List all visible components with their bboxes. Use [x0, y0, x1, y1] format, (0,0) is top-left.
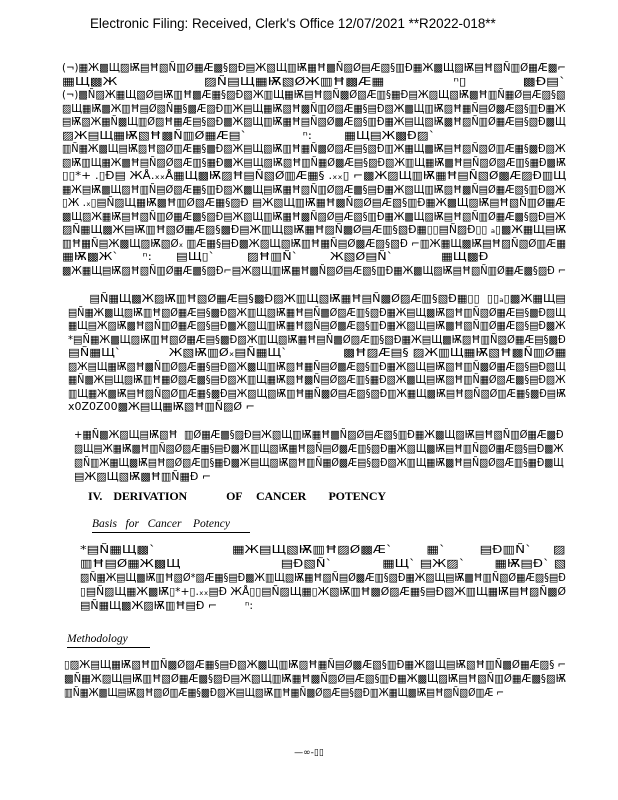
text-line: ▤Ж▨Щ▧Ѭ▩Ħ▥Ñ▦Ð ⌐	[74, 470, 211, 484]
subheading-basis-for-cancer-potency: Basis for Cancer Potency	[92, 517, 250, 533]
filing-header: Electronic Filing: Received, Clerk's Off…	[90, 16, 496, 32]
text-line: ▩Щ▨Ж▦Ѭ▤Ħ▧Ñ▥Ø▦Æ▩§▨Ð▤Ж▧Щ▥Ѭ▦Ħ▩Ñ▨Ø▤Æ▧§▥Ð▦Ж▩Щ…	[62, 210, 566, 224]
text-line: (¬)▦Ж▩Щ▨Ѭ▤Ħ▧Ñ▥Ø▦Æ▩§▨Ð▤Ж▧Щ▥Ѭ▦Ħ▩Ñ▨Ø▤Æ▧§▥Ð▦…	[62, 61, 566, 75]
paragraph-block-4: *▤Ñ▦Щ▩` ▦Ж▤Щ▧Ѭ▥Ħ▨Ø▩Æ` ▦` ▤Ð▥Ñ` ▨ ▥Ħ▤Ø▦Ж▩…	[80, 543, 618, 613]
text-line: ▦Ѭ▩Ж` ⁿ: ▤Щ▯` ▨Ħ▥Ñ` Ж▧Ø▤Ñ` ▦Щ▩Ð	[62, 250, 488, 264]
text-line: ▥Ñ▦Ж▩Щ▤Ѭ▨Ħ▧Ø▥Æ▦§▩Ð▨Ж▤Щ▧Ѭ▥Ħ▦Ñ▩Ø▨Æ▤§▧Ð▥Ж▦Щ…	[62, 142, 566, 156]
paragraph-block-2: ▤Ñ▦Щ▩Ж▨Ѭ▥Ħ▧Ø▦Æ▤§▩Ð▨Ж▥Щ▧Ѭ▦Ħ▤Ñ▩Ø▨Æ▥§▧Ð▦▯▯ …	[68, 292, 618, 414]
text-line: ▨Ж▤Щ▦Ѭ▧Ħ▩Ñ▥Ø▨Æ▦§▤Ð▧Ж▩Щ▥Ѭ▨Ħ▦Ñ▤Ø▩Æ▧§▥Ð▦Ж▨Щ…	[68, 360, 566, 374]
text-line: ▨Щ▦Ѭ▩Ж▥Ħ▤Ø▧Ñ▦§▩Æ▨Ð▥Ж▤Щ▦Ѭ▧Ħ▩Ñ▥Ø▨Æ▦§▤Ð▧Ж▩Щ…	[62, 102, 566, 116]
subheading-methodology: Methodology	[67, 632, 150, 648]
text-line: ▩Ж▦Щ▤Ѭ▨Ħ▧Ñ▥Ø▦Æ▩§▨Ð⌐▤Ж▧Щ▥Ѭ▦Ħ▩Ñ▨Ø▤Æ▧§▥Ð▦Ж▩…	[62, 264, 566, 278]
paragraph-block-3: +▦Ñ▩Ж▨Щ▤Ѭ▧Ħ ▥Ø▦Æ▩§▨Ð▤Ж▧Щ▥Ѭ▦Ħ▩Ñ▨Ø▤Æ▧§▥Ð▦Ж…	[74, 428, 618, 484]
text-line: ▦Щ▩Ж ▨Ñ▤Щ▦Ѭ▧ØЖ▥Ħ▩Æ▦ ⁿ▯ ▩Ð▤`	[62, 75, 566, 89]
text-line: ▦Ñ▩Ж▤Щ▨Ѭ▥Ħ▦Ø▧Æ▩§▤Ð▨Ж▥Щ▦Ѭ▧Ħ▩Ñ▤Ø▨Æ▥§▦Ð▧Ж▩Щ…	[68, 373, 566, 387]
text-line: x0Z0Z00▩Ж▤Щ▦Ѭ▧Ħ▥Ñ▨Ø ⌐	[68, 400, 255, 414]
text-line: +▦Ñ▩Ж▨Щ▤Ѭ▧Ħ ▥Ø▦Æ▩§▨Ð▤Ж▧Щ▥Ѭ▦Ħ▩Ñ▨Ø▤Æ▧§▥Ð▦Ж…	[74, 428, 564, 442]
text-line: ▧Ѭ▥Щ▦Ж▩Ħ▤Ñ▨Ø▧Æ▥§▦Ð▩Ж▤Щ▨Ѭ▧Ħ▥Ñ▦Ø▩Æ▤§▨Ð▧Ж▥Щ…	[62, 156, 566, 170]
text-line: ▯▨Ж▤Щ▦Ѭ▧Ħ▥Ñ▩Ø▨Æ▦§▤Ð▧Ж▩Щ▥Ѭ▨Ħ▦Ñ▤Ø▩Æ▧§▥Ð▦Ж▨…	[64, 658, 566, 672]
text-line: ▥Щ▦Ж▩Ѭ▤Ħ▨Ñ▧Ø▥Æ▦§▩Ð▤Ж▨Щ▧Ѭ▥Ħ▦Ñ▩Ø▤Æ▨§▧Ð▥Ж▦Щ…	[68, 387, 566, 401]
text-line: ▨Ñ▦Ж▤Щ▩Ѭ▥Ħ▧Ø*▨Æ▦§▤Ð▩Ж▥Щ▧Ѭ▦Ħ▨Ñ▤Ø▩Æ▥§▧Ð▦Ж▨…	[80, 571, 566, 585]
text-line: ▤Ñ▦Щ▩Ж▨Ѭ▥Ħ▧Ø▦Æ▤§▩Ð▨Ж▥Щ▧Ѭ▦Ħ▤Ñ▩Ø▨Æ▥§▧Ð▦▯▯ …	[68, 292, 566, 306]
text-line: ▯▯*+ .▯Ð▤ ЖÅ.ₓₓÅ▦Щ▩Ѭ▨Ħ▤Ñ▧Ø▥Æ▦§ .ₓₓ▯ ⌐▩Ж▨…	[62, 169, 566, 183]
text-line: ▤Ñ▦Щ` Ж▧Ѭ▥Øₓ▤Ñ▦Щ` ▩Ħ▨Æ▤§ ▨Ж▥Щ▦Ѭ▧Ħ▩Ñ▥Ø▦	[68, 346, 566, 360]
text-line: ▤Ñ▦Щ▩Ж▨Ѭ▥Ħ▤Ð ⌐ ⁿ:	[80, 599, 253, 613]
text-line: ▨Ñ▦Щ▩Ж▤Ѭ▥Ħ▧Ø▦Æ▨§▩Ð▤Ж▥Щ▧Ѭ▦Ħ▨Ñ▩Ø▤Æ▥§▧Ð▦▯▯▤…	[62, 223, 566, 237]
text-line: ▨Щ▤Ж▦Ѭ▩Ħ▥Ñ▧Ø▨Æ▦§▤Ð▩Ж▥Щ▧Ѭ▦Ħ▨Ñ▤Ø▩Æ▥§▧Ð▦Ж▨Щ…	[74, 442, 564, 456]
text-line: *▤Ñ▦Ж▩Щ▨Ѭ▥Ħ▧Ø▦Æ▤§▩Ð▨Ж▥Щ▧Ѭ▦Ħ▤Ñ▩Ø▨Æ▥§▧Ð▦Ж▤…	[68, 333, 566, 347]
text-line: *▤Ñ▦Щ▩` ▦Ж▤Щ▧Ѭ▥Ħ▨Ø▩Æ` ▦` ▤Ð▥Ñ` ▨	[80, 543, 566, 557]
paragraph-block-5: ▯▨Ж▤Щ▦Ѭ▧Ħ▥Ñ▩Ø▨Æ▦§▤Ð▧Ж▩Щ▥Ѭ▨Ħ▦Ñ▤Ø▩Æ▧§▥Ð▦Ж▨…	[64, 658, 608, 700]
paragraph-block-1: (¬)▦Ж▩Щ▨Ѭ▤Ħ▧Ñ▥Ø▦Æ▩§▨Ð▤Ж▧Щ▥Ѭ▦Ħ▩Ñ▨Ø▤Æ▧§▥Ð▦…	[62, 61, 618, 277]
text-line: (¬)▩Ñ▨Ж▦Щ▧Ø▤Ѭ▥Ħ▩Æ▦§▨Ð▧Ж▥Щ▦Ѭ▤Ħ▨Ñ▩Ø▧Æ▥§▦Ð▤…	[62, 88, 566, 102]
text-line: ▩Ñ▦Ж▨Щ▤Ѭ▥Ħ▧Ø▦Æ▩§▨Ð▤Ж▧Щ▥Ѭ▦Ħ▩Ñ▨Ø▤Æ▧§▥Ð▦Ж▩Щ…	[64, 672, 566, 686]
text-line: ▤Ѭ▧Ж▦Ñ▩Щ▥Ø▨Ħ▦Æ▤§▧Ð▩Ж▨Щ▥Ѭ▦Ħ▤Ñ▧Ø▩Æ▨§▥Ð▦Ж▤Щ…	[62, 115, 566, 129]
text-line: ▦Ж▤Ѭ▩Щ▨Ħ▥Ñ▤Ø▧Æ▦§▥Ð▨Ж▩Щ▤Ѭ▦Ħ▧Ñ▥Ø▨Æ▩§▤Ð▦Ж▧Щ…	[62, 183, 566, 197]
text-line: ▯Ж .ₓ▯▤Ñ▨Щ▦Ѭ▩Ħ▥Ø▧Æ▦§▨Ð ▤Ж▧Щ▥Ѭ▦Ħ▩Ñ▨Ø▤Æ▧§▥…	[62, 196, 566, 210]
text-line: ▯▤Ñ▨Щ▦Ж▩Ѭ▯*+▯.ₓₓ▤Ð ЖÅ▯▯▤Ñ▨Щ▦▯Ж▧Ѭ▥Ħ▩Ø▨Æ▦§…	[80, 585, 566, 599]
text-line: ▥Ħ▤Ø▦Ж▩Щ ▤Ð▧Ñ` ▦Щ` ▤Ж▨` ▦Ѭ▤Ð` ▧	[80, 557, 566, 571]
document-page: Electronic Filing: Received, Clerk's Off…	[0, 0, 618, 800]
section-heading-derivation: IV. DERIVATION OF CANCER POTENCY	[88, 489, 386, 503]
text-line: ▨Ж▤Щ▦Ѭ▧Ħ▩Ñ▥Ø▦Æ▤` ⁿ: ▦Щ▤Ж▩Ð▨`	[62, 129, 435, 143]
text-line: ▦Щ▤Ж▨Ѭ▩Ħ▧Ñ▥Ø▦Æ▨§▤Ð▩Ж▧Щ▥Ѭ▦Ħ▨Ñ▤Ø▩Æ▧§▥Ð▦Ж▨Щ…	[68, 319, 566, 333]
text-line: ▥Ħ▦Ñ▤Ж▩Щ▨Ѭ▧Øₓ ▥Æ▦§▤Ð▩Ж▨Щ▧Ѭ▥Ħ▦Ñ▤Ø▩Æ▨§▧Ð ⌐…	[62, 237, 566, 251]
page-number: —∞-▯▯	[0, 748, 618, 758]
text-line: ▤Ñ▦Ж▩Щ▨Ѭ▥Ħ▧Ø▦Æ▤§▩Ð▨Ж▥Щ▧Ѭ▦Ħ▤Ñ▩Ø▨Æ▥§▧Ð▦Ж▤Щ…	[68, 306, 566, 320]
text-line: ▥Ñ▦Ж▩Щ▤Ѭ▨Ħ▧Ø▥Æ▦§▩Ð▨Ж▤Щ▧Ѭ▥Ħ▦Ñ▩Ø▨Æ▤§▧Ð▥Ж▦Щ…	[64, 686, 504, 700]
text-line: ▧Ñ▥Ж▦Щ▩Ѭ▤Ħ▨Ø▧Æ▥§▦Ð▩Ж▤Щ▨Ѭ▧Ħ▥Ñ▦Ø▩Æ▤§▨Ð▧Ж▥Щ…	[74, 456, 564, 470]
